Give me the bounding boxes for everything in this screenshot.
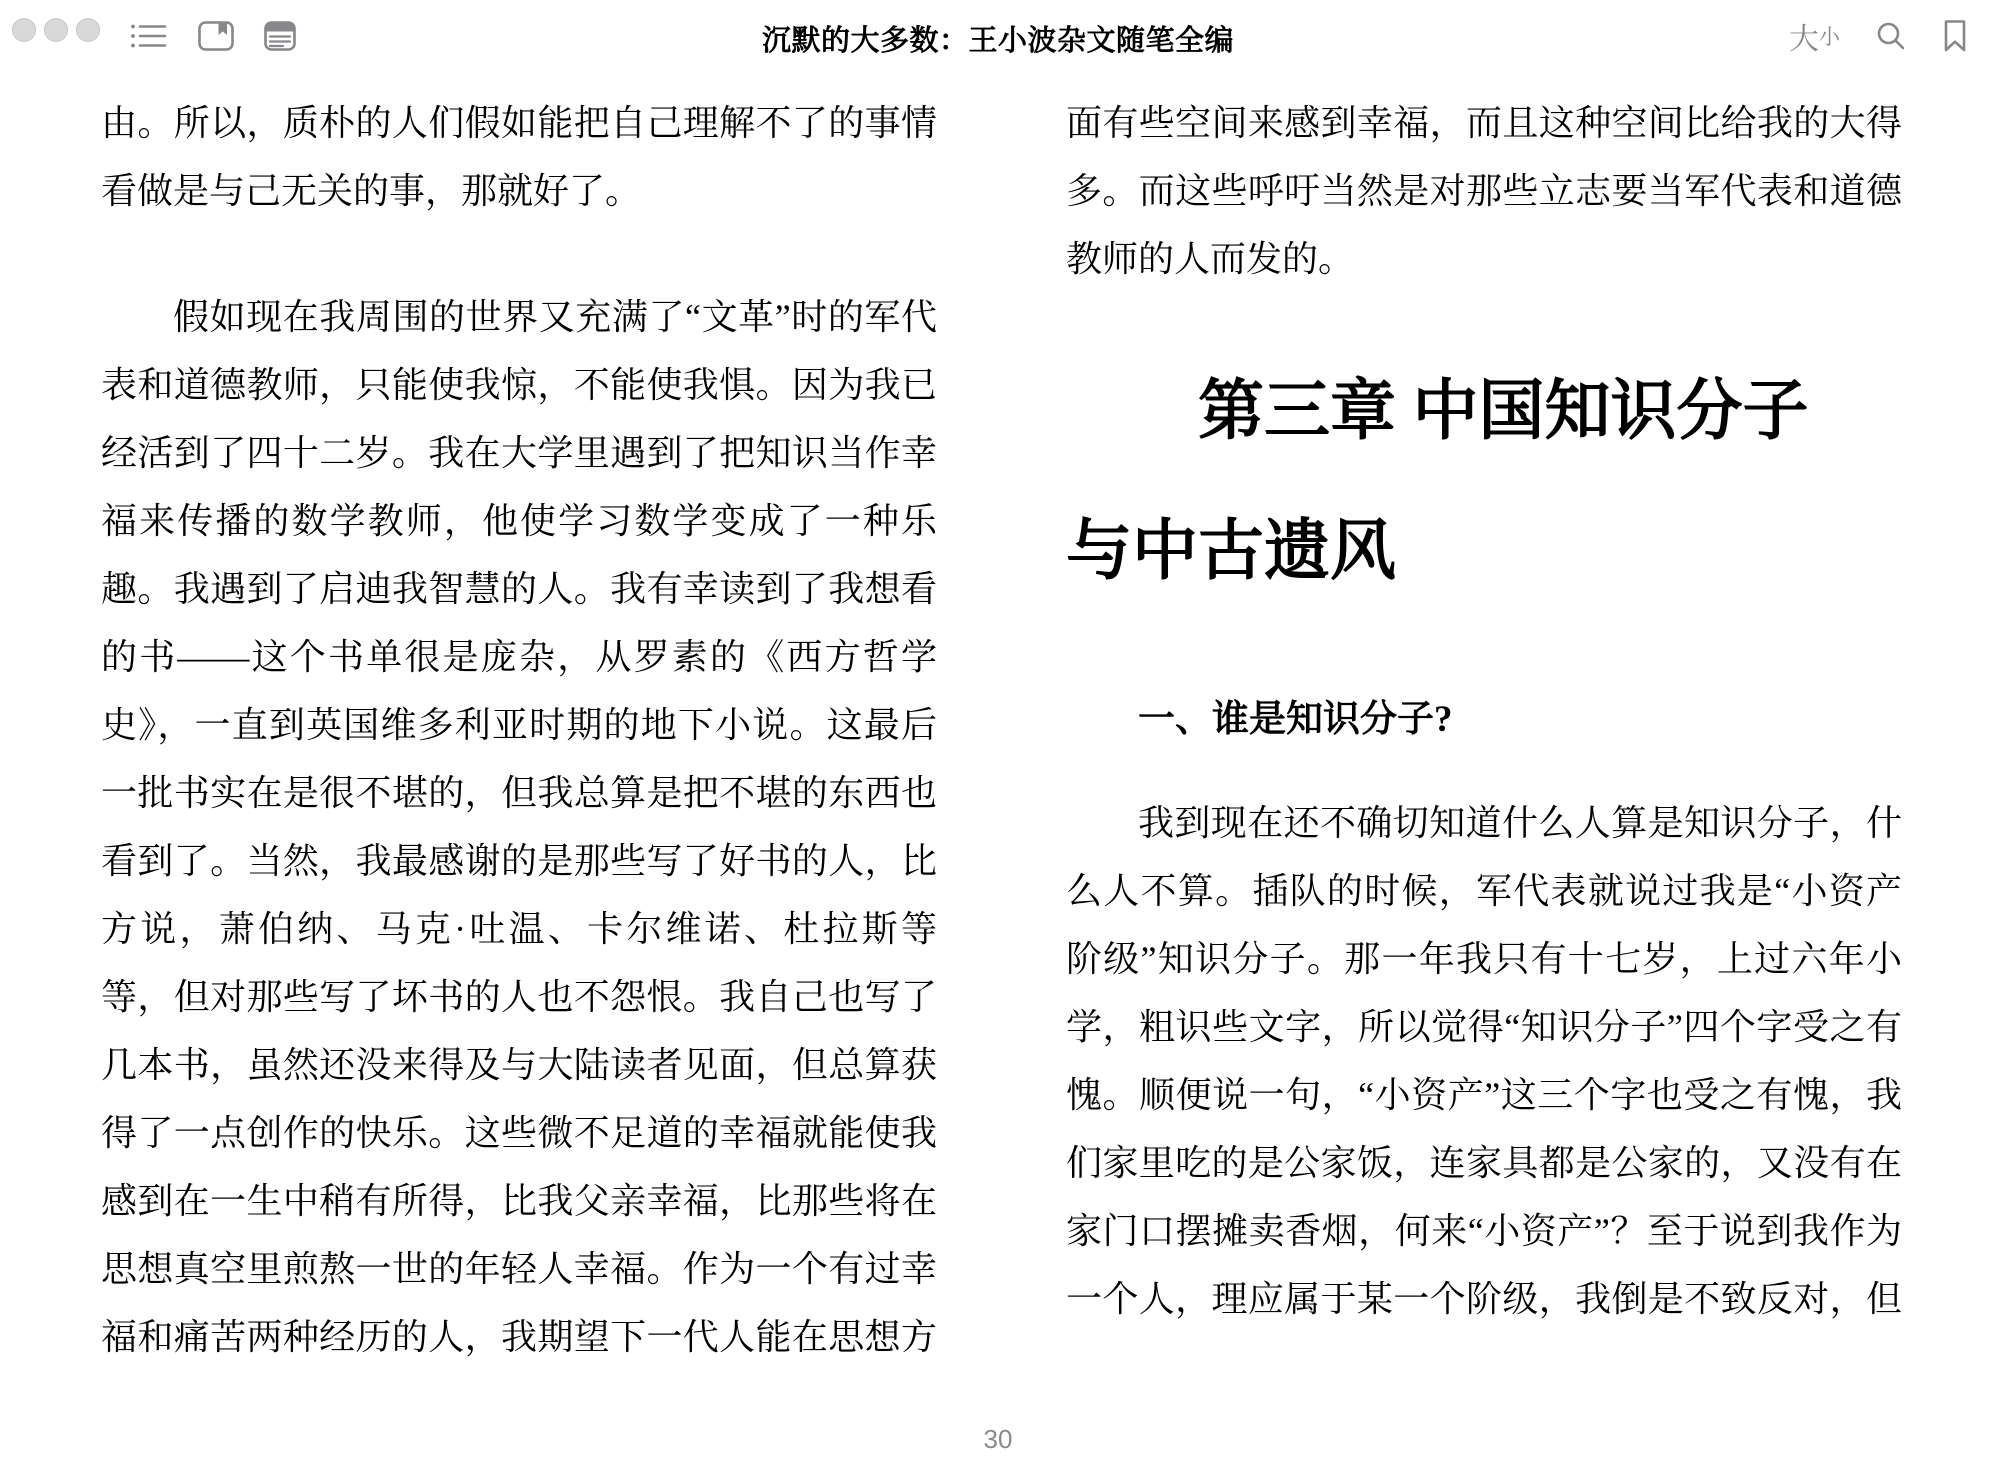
- text-line: 么人不算。插队的时候，军代表就说过我是“小资产: [1066, 857, 1902, 925]
- text-line: 福来传播的数学教师，他使学习数学变成了一种乐: [101, 487, 937, 555]
- page-left: 由。所以，质朴的人们假如能把自己理解不了的事情 看做是与己无关的事，那就好了。 …: [101, 89, 937, 1371]
- paragraph: 由。所以，质朴的人们假如能把自己理解不了的事情 看做是与己无关的事，那就好了。: [101, 89, 937, 225]
- search-icon: [1876, 21, 1906, 51]
- text-line: 们家里吃的是公家饭，连家具都是公家的，又没有在: [1066, 1129, 1902, 1197]
- text-size-button[interactable]: 大小: [1789, 14, 1840, 58]
- text-line: 一批书实在是很不堪的，但我总算是把不堪的东西也: [101, 759, 937, 827]
- zoom-button[interactable]: [76, 18, 100, 42]
- text-size-small-label: 小: [1819, 21, 1840, 51]
- notes-icon: [264, 21, 296, 51]
- text-line: 等，但对那些写了坏书的人也不怨恨。我自己也写了: [101, 963, 937, 1031]
- close-button[interactable]: [12, 18, 36, 42]
- text-line: 方说，萧伯纳、马克·吐温、卡尔维诺、杜拉斯等: [101, 895, 937, 963]
- text-line: 我到现在还不确切知道什么人算是知识分子，什: [1066, 789, 1902, 857]
- minimize-button[interactable]: [44, 18, 68, 42]
- notes-panel-button[interactable]: [264, 14, 296, 58]
- bookmark-button[interactable]: [1942, 14, 1968, 58]
- text-line: 几本书，虽然还没来得及与大陆读者见面，但总算获: [101, 1031, 937, 1099]
- bookmarked-page-icon: [198, 21, 234, 51]
- chapter-heading-line-1: 第三章 中国知识分子: [1066, 342, 1902, 482]
- paragraph: 我到现在还不确切知道什么人算是知识分子，什 么人不算。插队的时候，军代表就说过我…: [1066, 789, 1902, 1333]
- chapter-heading-line-2: 与中古遗风: [1066, 482, 1902, 622]
- toolbar-left-group: [130, 14, 296, 58]
- search-button[interactable]: [1876, 14, 1906, 58]
- window-title: 沉默的大多数：王小波杂文随笔全编: [300, 18, 1696, 59]
- toolbar: 沉默的大多数：王小波杂文随笔全编 大小: [0, 0, 1996, 74]
- toc-icon: [130, 22, 168, 50]
- page-right: 面有些空间来感到幸福，而且这种空间比给我的大得 多。而这些呼吁当然是对那些立志要…: [1066, 89, 1902, 1333]
- chapter-heading: 第三章 中国知识分子 与中古遗风: [1066, 342, 1902, 622]
- text-line: 史》，一直到英国维多利亚时期的地下小说。这最后: [101, 691, 937, 759]
- bookmarks-panel-button[interactable]: [198, 14, 234, 58]
- text-line: 面有些空间来感到幸福，而且这种空间比给我的大得: [1066, 89, 1902, 157]
- toolbar-right-group: 大小: [1789, 14, 1968, 58]
- text-line: 经活到了四十二岁。我在大学里遇到了把知识当作幸: [101, 419, 937, 487]
- text-line: 一个人，理应属于某一个阶级，我倒是不致反对，但: [1066, 1265, 1902, 1333]
- text-line: 看做是与己无关的事，那就好了。: [101, 157, 937, 225]
- text-line: 表和道德教师，只能使我惊，不能使我惧。因为我已: [101, 351, 937, 419]
- text-line: 得了一点创作的快乐。这些微不足道的幸福就能使我: [101, 1099, 937, 1167]
- section-heading: 一、谁是知识分子?: [1066, 686, 1902, 754]
- bookmark-icon: [1942, 19, 1968, 53]
- text-line: 看到了。当然，我最感谢的是那些写了好书的人，比: [101, 827, 937, 895]
- text-line: 阶级”知识分子。那一年我只有十七岁，上过六年小: [1066, 925, 1902, 993]
- text-line: 假如现在我周围的世界又充满了“文革”时的军代: [101, 283, 937, 351]
- text-line: 的书——这个书单很是庞杂，从罗素的《西方哲学: [101, 623, 937, 691]
- toc-button[interactable]: [130, 14, 168, 58]
- window-controls: [12, 18, 100, 42]
- text-line: 福和痛苦两种经历的人，我期望下一代人能在思想方: [101, 1303, 937, 1371]
- paragraph: 面有些空间来感到幸福，而且这种空间比给我的大得 多。而这些呼吁当然是对那些立志要…: [1066, 89, 1902, 293]
- text-line: 由。所以，质朴的人们假如能把自己理解不了的事情: [101, 89, 937, 157]
- text-line: 多。而这些呼吁当然是对那些立志要当军代表和道德: [1066, 157, 1902, 225]
- text-line: 家门口摆摊卖香烟，何来“小资产”？至于说到我作为: [1066, 1197, 1902, 1265]
- text-size-big-label: 大: [1789, 14, 1819, 58]
- text-line: 学，粗识些文字，所以觉得“知识分子”四个字受之有: [1066, 993, 1902, 1061]
- text-line: 教师的人而发的。: [1066, 225, 1902, 293]
- text-line: 感到在一生中稍有所得，比我父亲幸福，比那些将在: [101, 1167, 937, 1235]
- page-number: 30: [0, 1424, 1996, 1455]
- text-line: 愧。顺便说一句，“小资产”这三个字也受之有愧，我: [1066, 1061, 1902, 1129]
- paragraph: 假如现在我周围的世界又充满了“文革”时的军代 表和道德教师，只能使我惊，不能使我…: [101, 283, 937, 1371]
- text-line: 趣。我遇到了启迪我智慧的人。我有幸读到了我想看: [101, 555, 937, 623]
- text-line: 思想真空里煎熬一世的年轻人幸福。作为一个有过幸: [101, 1235, 937, 1303]
